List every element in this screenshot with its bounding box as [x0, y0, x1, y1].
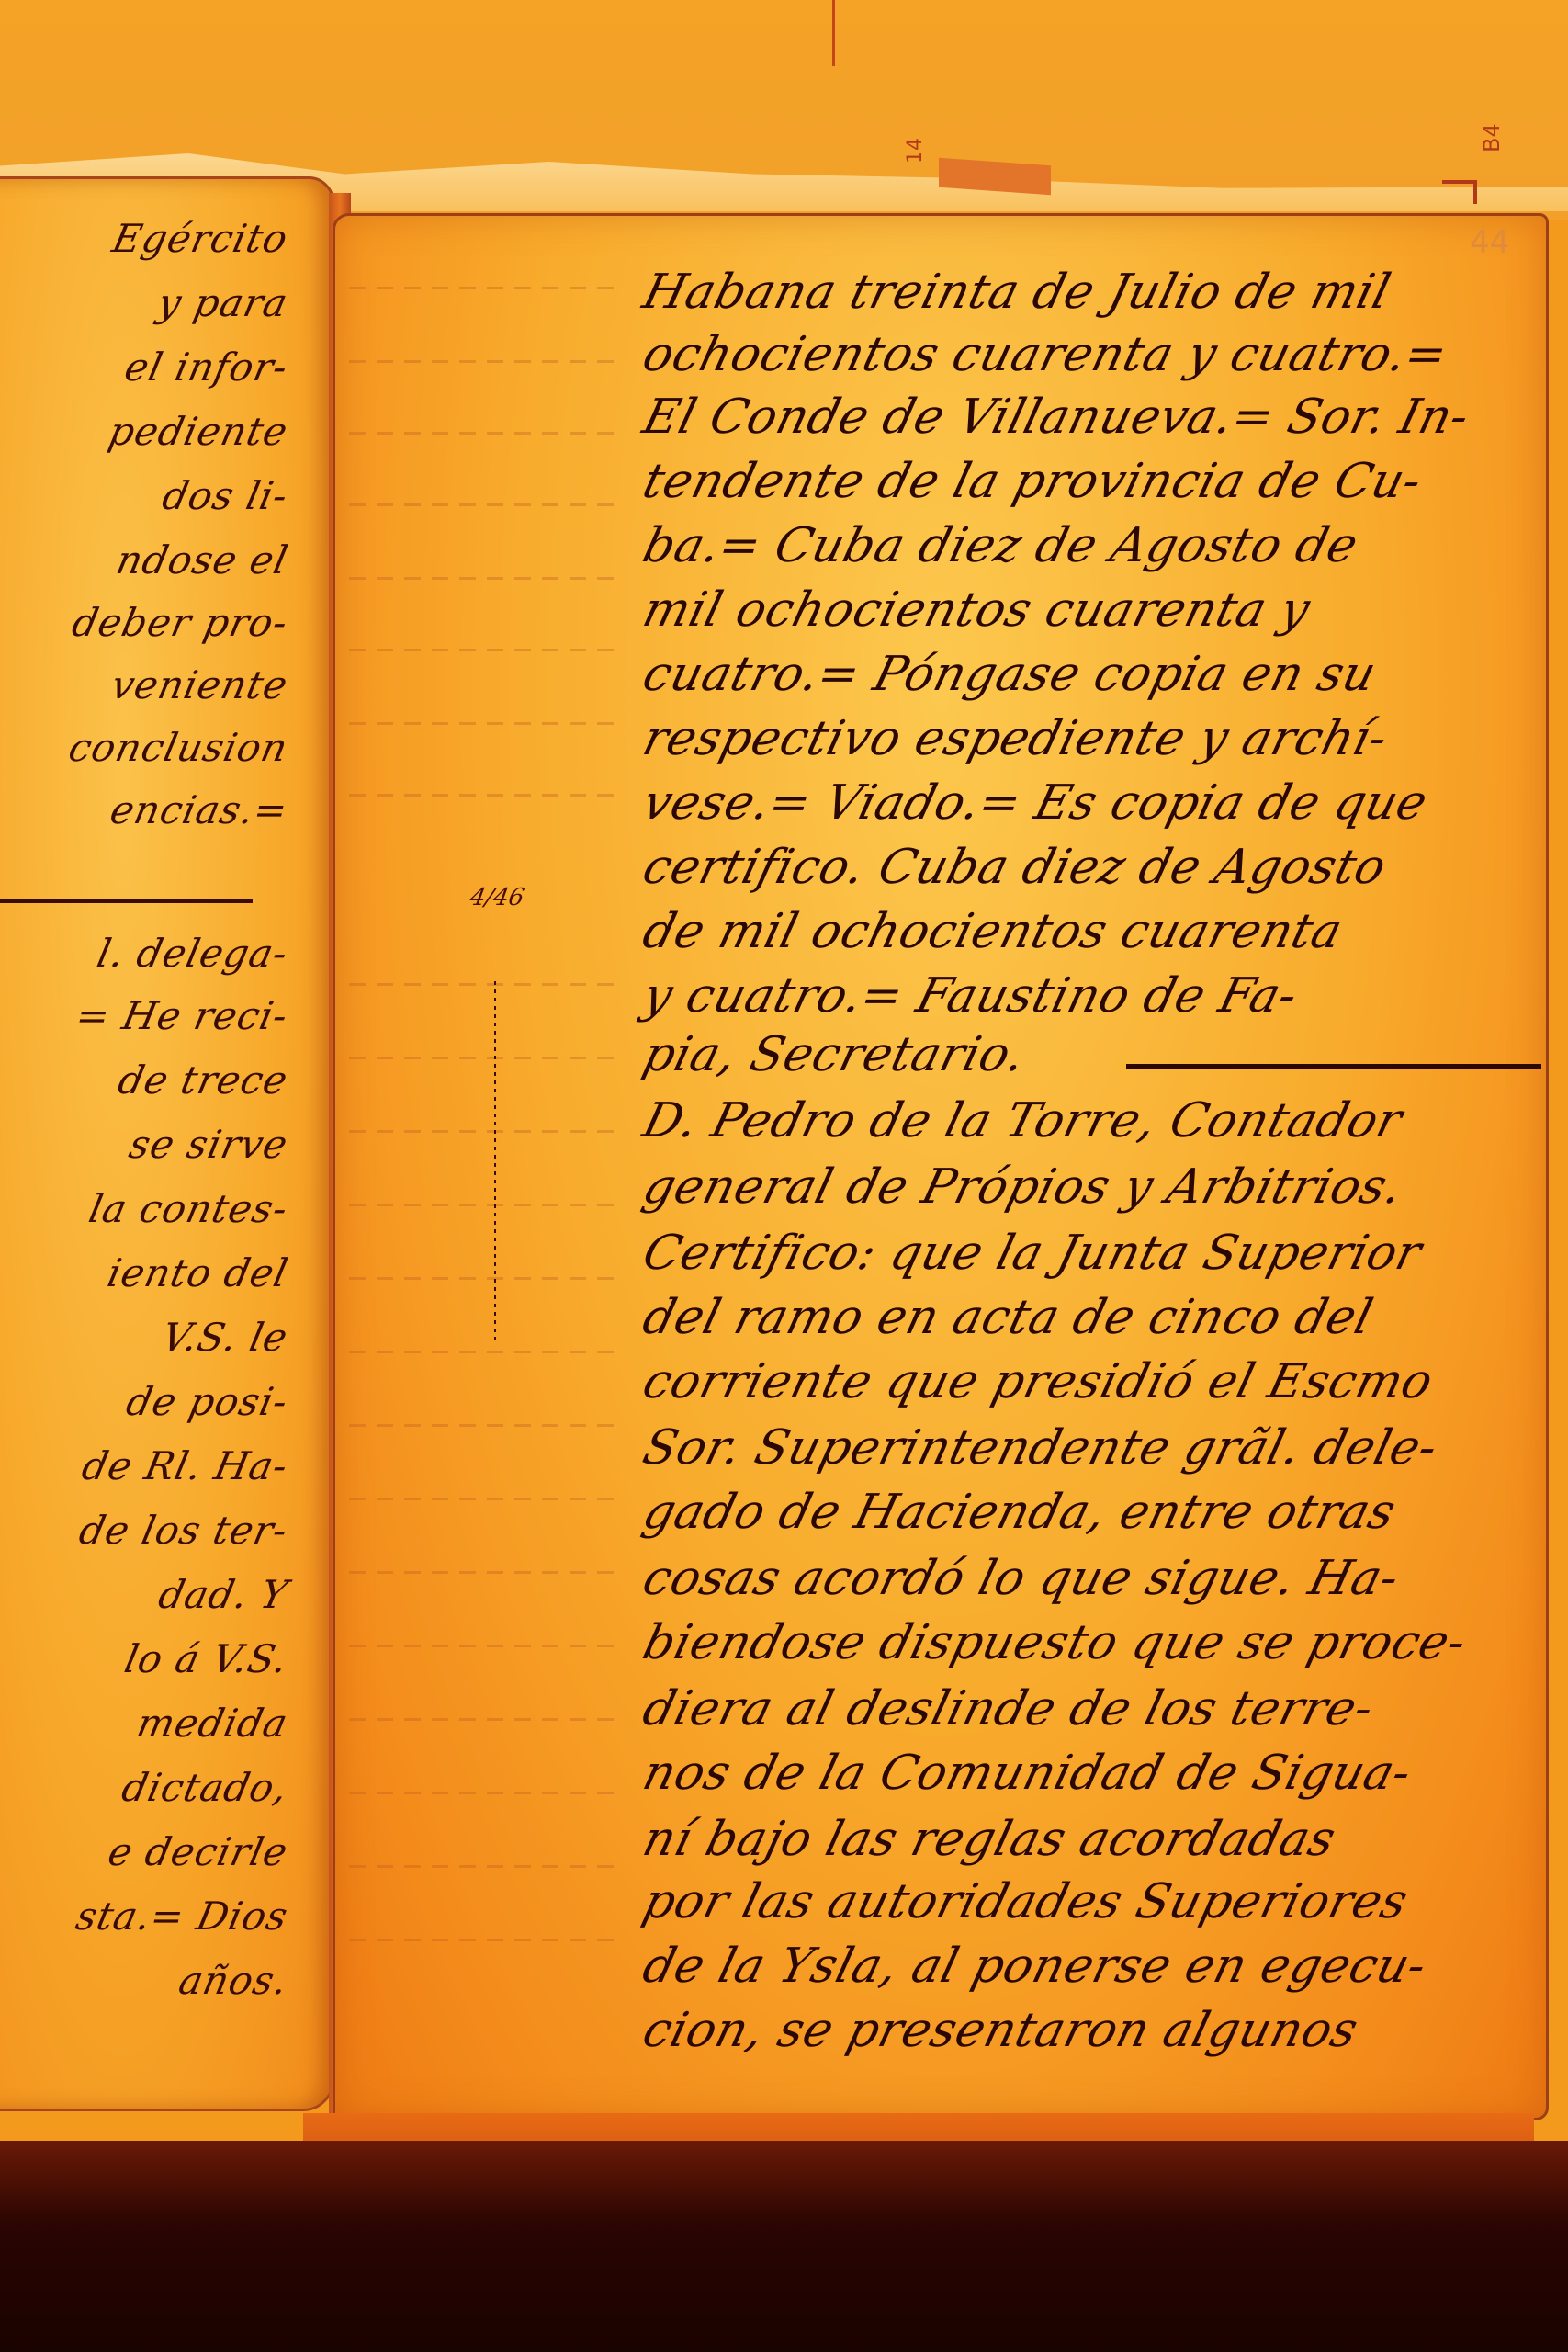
left-line: pediente — [0, 409, 292, 454]
section-divider — [0, 899, 253, 903]
bleed-through-text — [349, 794, 625, 797]
text-line: diera al deslinde de los terre- — [637, 1681, 1551, 1736]
left-line: ndose el — [0, 537, 292, 582]
left-line: el infor- — [0, 345, 292, 390]
left-line: años. — [0, 1958, 292, 2003]
left-line: medida — [0, 1701, 292, 1746]
bleed-through-text — [349, 287, 625, 289]
left-line: V.S. le — [0, 1315, 292, 1360]
text-line: ní bajo las reglas acordadas — [637, 1812, 1551, 1867]
bleed-through-text — [349, 1204, 625, 1206]
left-line: de posi- — [0, 1379, 292, 1424]
left-line: encias.= — [0, 787, 292, 832]
left-line: Egército — [0, 216, 292, 261]
text-line: gado de Hacienda, entre otras — [637, 1485, 1551, 1540]
left-line: y para — [0, 280, 292, 325]
bleed-through-text — [349, 1939, 625, 1941]
left-line: sta.= Dios — [0, 1894, 292, 1939]
bleed-through-text — [349, 1424, 625, 1427]
left-line: iento del — [0, 1250, 292, 1295]
text-line: mil ochocientos cuarenta y — [637, 582, 1551, 638]
text-line: D. Pedro de la Torre, Contador — [637, 1093, 1551, 1148]
scan-label-14: 14 — [904, 138, 927, 164]
bleed-through-text — [349, 1792, 625, 1794]
text-line: nos de la Comunidad de Sigua- — [637, 1746, 1551, 1801]
left-line: lo á V.S. — [0, 1636, 292, 1681]
text-line: pia, Secretario. — [637, 1027, 1551, 1082]
left-line: dictado, — [0, 1765, 292, 1810]
left-line: = He reci- — [0, 993, 292, 1038]
text-line: respectivo espediente y archí- — [637, 711, 1551, 766]
text-line: de la Ysla, al ponerse en egecu- — [637, 1939, 1551, 1994]
bleed-through-text — [349, 1351, 625, 1353]
scan-label-b4: B4 — [1479, 123, 1505, 153]
left-line: l. delega- — [0, 931, 292, 976]
text-line: cion, se presentaron algunos — [637, 2003, 1551, 2058]
text-line: vese.= Viado.= Es copia de que — [637, 775, 1551, 831]
bleed-through-text — [349, 1498, 625, 1500]
text-line: de mil ochocientos cuarenta — [637, 904, 1551, 959]
section-divider — [1126, 1064, 1541, 1069]
bleed-through-text — [349, 1277, 625, 1280]
left-line: e decirle — [0, 1829, 292, 1874]
paper-crack — [494, 981, 496, 1340]
left-line: deber pro- — [0, 600, 292, 645]
bleed-through-text — [349, 1645, 625, 1647]
left-line: dos li- — [0, 473, 292, 518]
text-line: Sor. Superintendente grãl. dele- — [637, 1420, 1551, 1476]
text-line: Certifico: que la Junta Superior — [637, 1226, 1551, 1281]
scan-guide-line — [832, 0, 835, 66]
left-line: se sirve — [0, 1122, 292, 1167]
text-line: certifico. Cuba diez de Agosto — [637, 840, 1551, 895]
bleed-through-text — [349, 1057, 625, 1059]
bleed-through-text — [349, 432, 625, 435]
text-line: biendose dispuesto que se proce- — [637, 1615, 1551, 1670]
text-line: tendente de la provincia de Cu- — [637, 454, 1551, 509]
left-line: conclusion — [0, 725, 292, 770]
left-line: dad. Y — [0, 1572, 292, 1617]
left-line: de los ter- — [0, 1508, 292, 1553]
text-line: general de Própios y Arbitrios. — [637, 1159, 1551, 1215]
margin-note: 4/46 — [468, 884, 526, 911]
bleed-through-text — [349, 1130, 625, 1133]
crop-corner-mark — [1442, 180, 1477, 204]
bleed-through-text — [349, 1718, 625, 1721]
text-line: corriente que presidió el Escmo — [637, 1354, 1551, 1409]
text-line: ochocientos cuarenta y cuatro.= — [637, 327, 1551, 382]
bleed-through-text — [349, 722, 625, 725]
text-line: cuatro.= Póngase copia en su — [637, 647, 1551, 702]
left-line: de trece — [0, 1057, 292, 1102]
text-line: del ramo en acta de cinco del — [637, 1290, 1551, 1345]
left-line: veniente — [0, 662, 292, 707]
left-line: de Rl. Ha- — [0, 1443, 292, 1488]
left-page: Egército y para el infor- pediente dos l… — [0, 176, 334, 2111]
bleed-through-text — [349, 983, 625, 986]
bottom-shadow — [0, 2141, 1568, 2352]
text-line: y cuatro.= Faustino de Fa- — [637, 968, 1551, 1023]
text-line: ba.= Cuba diez de Agosto de — [637, 518, 1551, 573]
bleed-through-text — [349, 1571, 625, 1574]
bleed-through-text — [349, 503, 625, 506]
bleed-through-text — [349, 360, 625, 363]
bleed-through-text — [349, 649, 625, 651]
bleed-through-text — [349, 577, 625, 580]
folio-number: 44 — [1470, 224, 1509, 261]
text-line: Habana treinta de Julio de mil — [637, 265, 1551, 320]
left-line: la contes- — [0, 1186, 292, 1231]
text-line: El Conde de Villanueva.= Sor. In- — [637, 390, 1551, 445]
text-line: por las autoridades Superiores — [637, 1874, 1551, 1929]
bleed-through-text — [349, 1865, 625, 1868]
text-line: cosas acordó lo que sigue. Ha- — [637, 1551, 1551, 1606]
